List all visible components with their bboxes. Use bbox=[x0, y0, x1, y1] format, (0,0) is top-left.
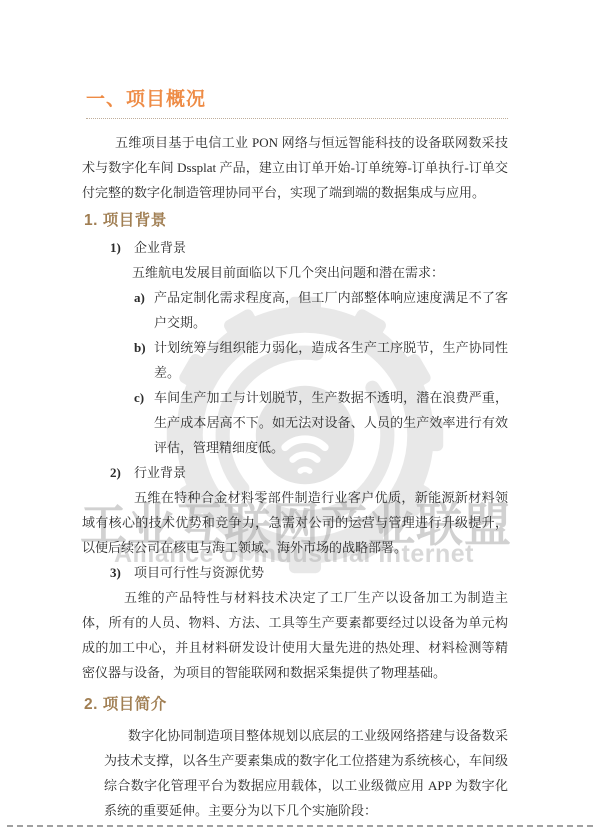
list-item-title: 企业背景 bbox=[134, 235, 186, 260]
section-heading-project-overview: 一、项目概况 bbox=[86, 84, 508, 119]
list-item-a: a) 产品定制化需求程度高，但工厂内部整体响应速度满足不了客户交期。 bbox=[82, 285, 508, 335]
list-item-text: 产品定制化需求程度高，但工厂内部整体响应速度满足不了客户交期。 bbox=[154, 285, 508, 335]
enterprise-lead-paragraph: 五维航电发展目前面临以下几个突出问题和潜在需求： bbox=[82, 260, 508, 285]
list-marker: 3) bbox=[110, 560, 134, 585]
list-item-industry-background: 2) 行业背景 bbox=[82, 460, 508, 485]
list-item-text: 车间生产加工与计划脱节，生产数据不透明，潜在浪费严重，生产成本居高不下。如无法对… bbox=[154, 385, 508, 460]
feasibility-paragraph: 五维的产品特性与材料技术决定了工厂生产以设备加工为制造主体，所有的人员、物料、方… bbox=[82, 585, 508, 685]
list-marker: c) bbox=[134, 385, 154, 460]
industry-background-paragraph: 五维在特种合金材料零部件制造行业客户优质，新能源新材料领域有核心的技术优势和竞争… bbox=[82, 485, 508, 560]
list-item-enterprise-background: 1) 企业背景 bbox=[82, 235, 508, 260]
list-item-c: c) 车间生产加工与计划脱节，生产数据不透明，潜在浪费严重，生产成本居高不下。如… bbox=[82, 385, 508, 460]
list-marker: 2) bbox=[110, 460, 134, 485]
project-introduction-paragraph: 数字化协同制造项目整体规划以底层的工业级网络搭建与设备数采为技术支撑，以各生产要… bbox=[104, 723, 508, 823]
intro-paragraph: 五维项目基于电信工业 PON 网络与恒远智能科技的设备联网数采技术与数字化车间 … bbox=[82, 130, 508, 205]
document-page: 一、项目概况 五维项目基于电信工业 PON 网络与恒远智能科技的设备联网数采技术… bbox=[0, 0, 600, 835]
list-item-title: 项目可行性与资源优势 bbox=[134, 560, 264, 585]
list-item-text: 计划统筹与组织能力弱化，造成各生产工序脱节，生产协同性差。 bbox=[154, 335, 508, 385]
subheading-project-background: 1. 项目背景 bbox=[84, 210, 508, 232]
list-marker: b) bbox=[134, 335, 154, 385]
list-item-b: b) 计划统筹与组织能力弱化，造成各生产工序脱节，生产协同性差。 bbox=[82, 335, 508, 385]
list-marker: 1) bbox=[110, 235, 134, 260]
list-item-title: 行业背景 bbox=[134, 460, 186, 485]
subheading-project-introduction: 2. 项目简介 bbox=[84, 694, 508, 716]
list-marker: a) bbox=[134, 285, 154, 335]
list-item-feasibility: 3) 项目可行性与资源优势 bbox=[82, 560, 508, 585]
